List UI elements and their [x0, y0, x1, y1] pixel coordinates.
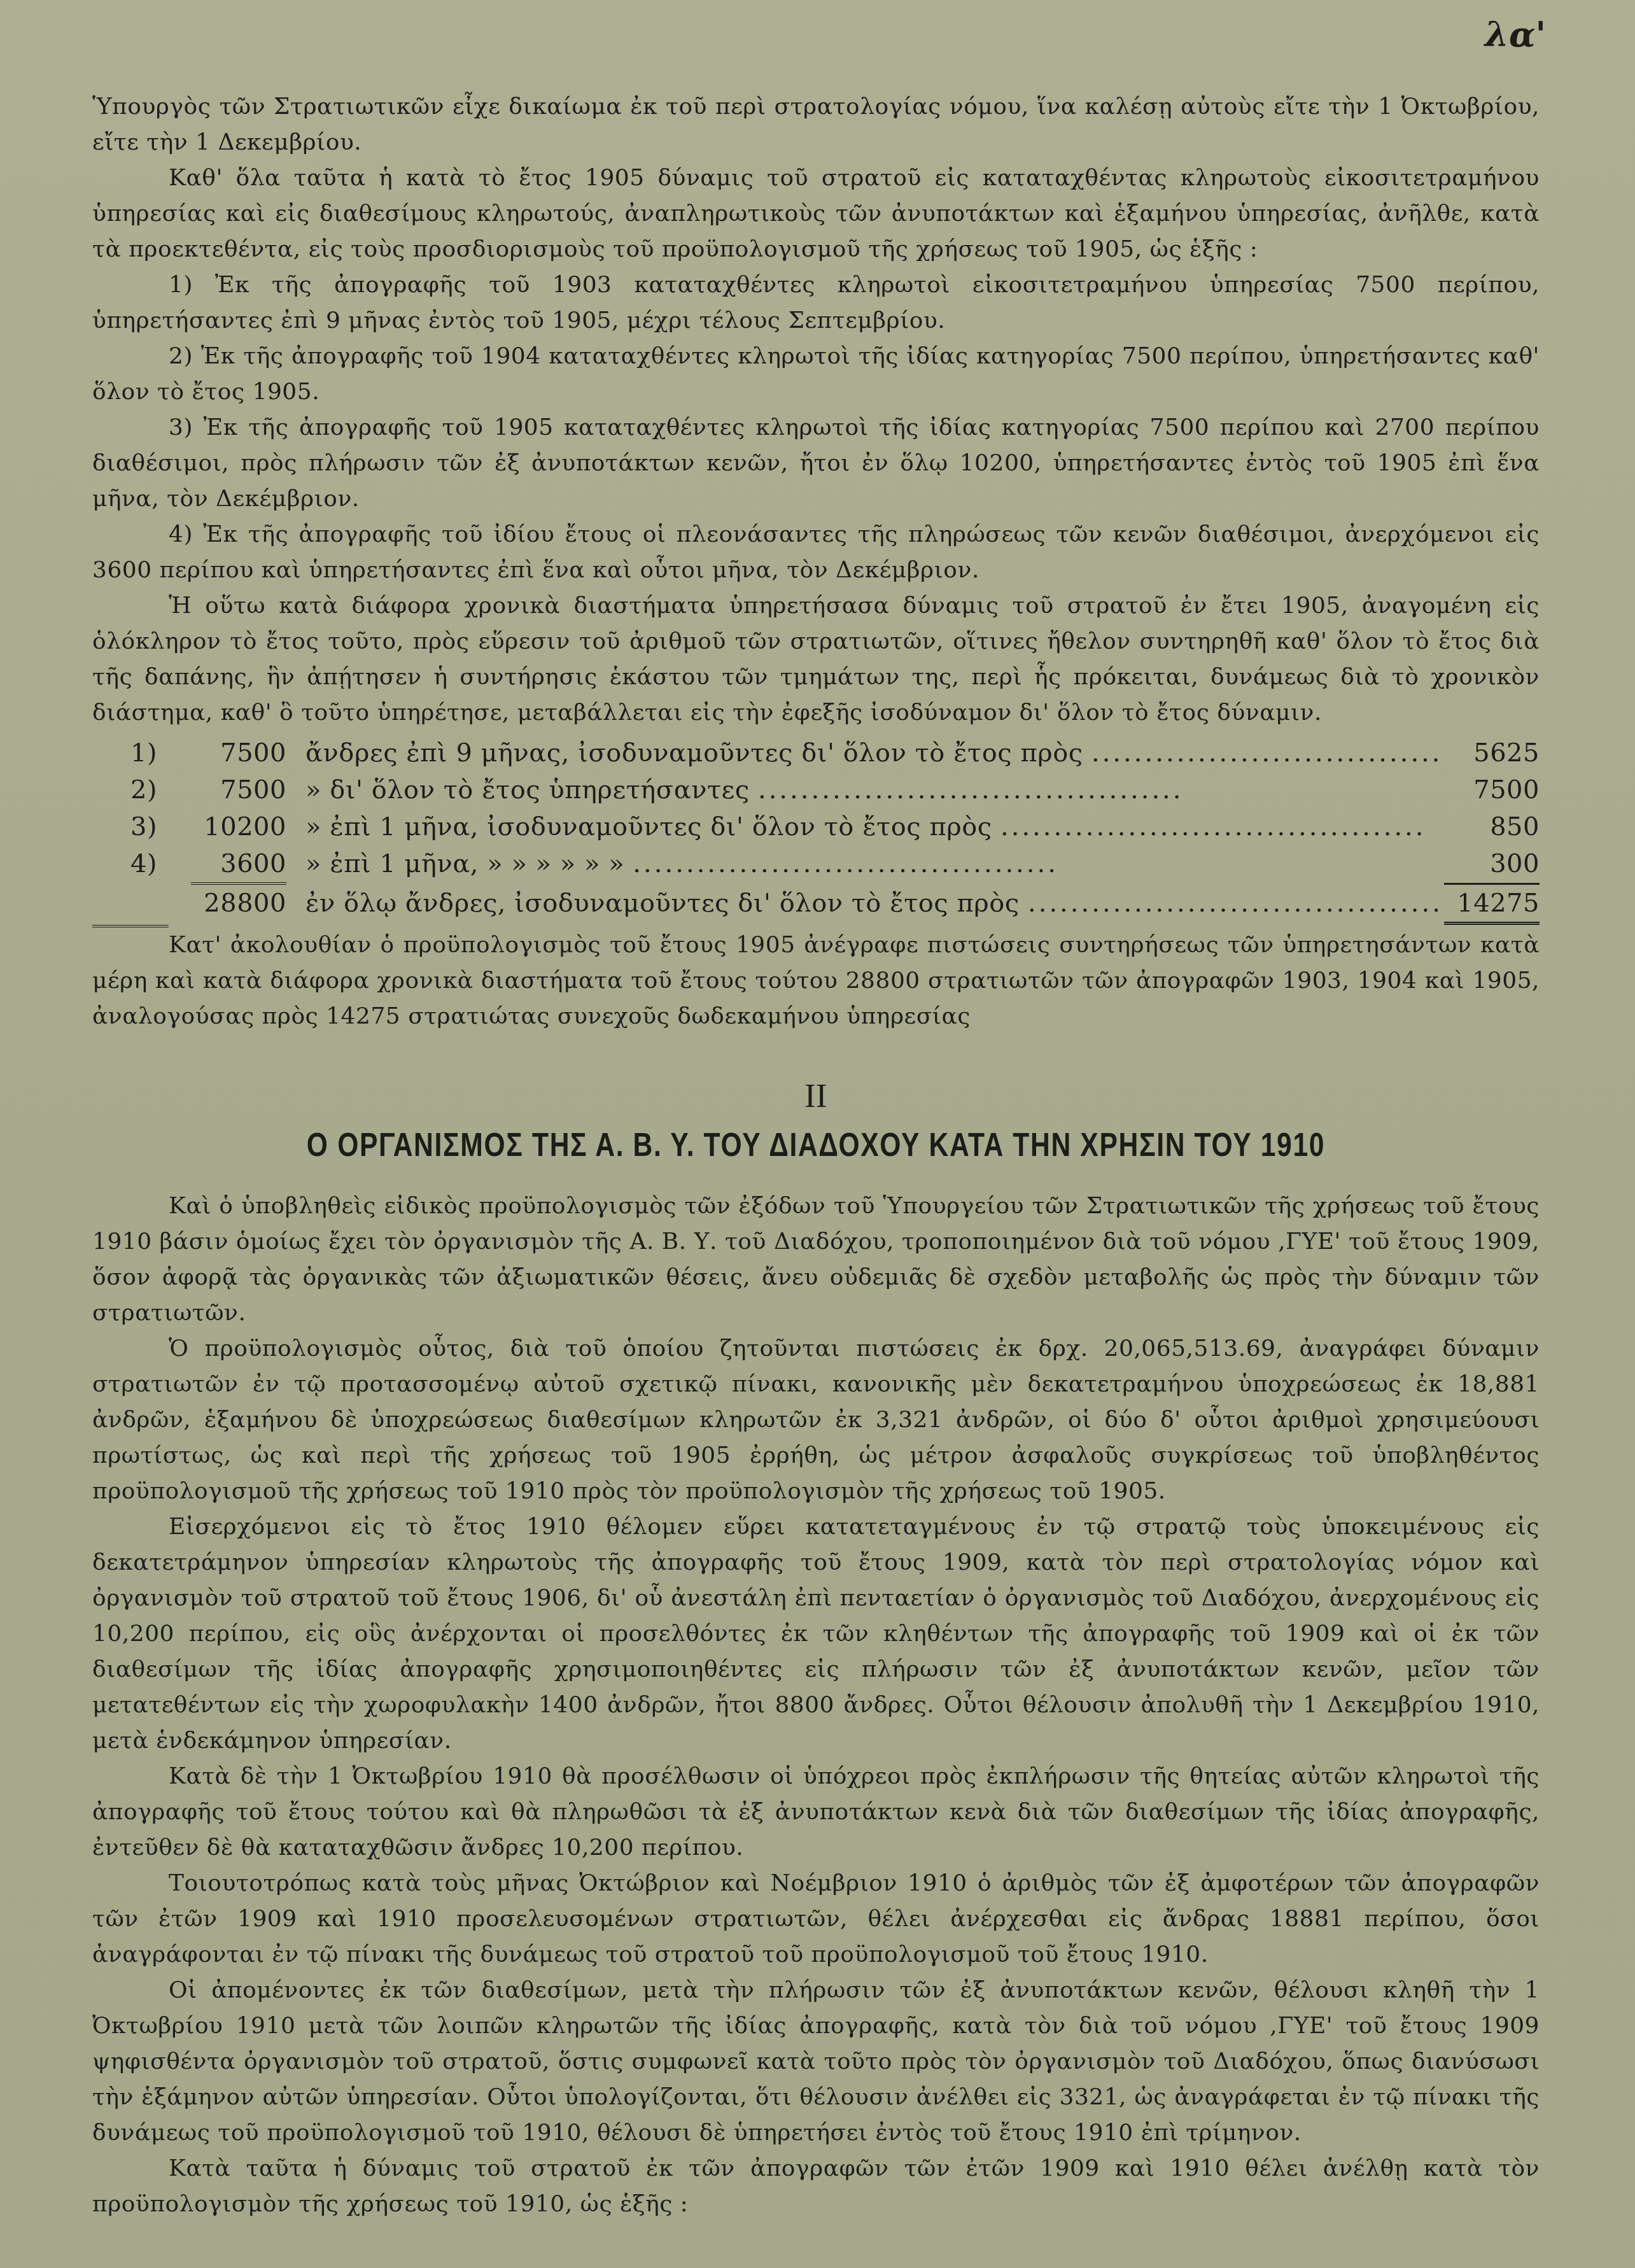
men-count: 3600	[191, 845, 286, 882]
section-title: Ο ΟΡΓΑΝΙΣΜΟΣ ΤΗΣ Α. Β. Υ. ΤΟΥ ΔΙΑΔΟΧΟΥ Κ…	[223, 1127, 1410, 1163]
total-men: 28800	[191, 882, 286, 922]
list-item: 4) Ἐκ τῆς ἀπογραφῆς τοῦ ἰδίου ἔτους οἱ π…	[92, 517, 1540, 588]
section-number: II	[92, 1079, 1540, 1115]
men-count: 7500	[191, 735, 286, 771]
table-row: 1) 7500 ἄνδρες ἐπὶ 9 μῆνας, ἰσοδυναμοῦντ…	[92, 735, 1540, 771]
paragraph: Ὁ προϋπολογισμὸς οὗτος, διὰ τοῦ ὁποίου ζ…	[92, 1331, 1540, 1509]
body-text: Ὑπουργὸς τῶν Στρατιωτικῶν εἶχε δικαίωμα …	[92, 89, 1540, 2222]
row-description: » ἐπὶ 1 μῆνα, » » » » » » ..............…	[286, 845, 1444, 882]
men-count: 10200	[191, 808, 286, 845]
paragraph: Τοιουτοτρόπως κατὰ τοὺς μῆνας Ὀκτώβριον …	[92, 1866, 1540, 1973]
paragraph-equivalence: Ἡ οὕτω κατὰ διάφορα χρονικὰ διαστήματα ὑ…	[92, 588, 1540, 731]
paragraph: Κατὰ δὲ τὴν 1 Ὀκτωβρίου 1910 θὰ προσέλθω…	[92, 1759, 1540, 1866]
paragraph: Εἰσερχόμενοι εἰς τὸ ἔτος 1910 θέλομεν εὕ…	[92, 1509, 1540, 1759]
paragraph-1905-strength: Καθ' ὅλα ταῦτα ἡ κατὰ τὸ ἔτος 1905 δύναμ…	[92, 160, 1540, 267]
row-number: 1)	[92, 735, 191, 771]
page-number: λα'	[1485, 14, 1546, 55]
row-number: 2)	[92, 771, 191, 808]
table-row: 4) 3600 » ἐπὶ 1 μῆνα, » » » » » » ......…	[92, 845, 1540, 882]
list-item: 1) Ἐκ τῆς ἀπογραφῆς τοῦ 1903 καταταχθέντ…	[92, 267, 1540, 339]
paragraph: Κατὰ ταῦτα ἡ δύναμις τοῦ στρατοῦ ἐκ τῶν …	[92, 2151, 1540, 2222]
total-description: ἐν ὅλῳ ἄνδρες, ἰσοδυναμοῦντες δι' ὅλον τ…	[286, 885, 1444, 922]
paragraph-conclusion: Κατ' ἀκολουθίαν ὁ προϋπολογισμὸς τοῦ ἔτο…	[92, 927, 1540, 1034]
row-number: 3)	[92, 808, 191, 845]
list-item: 3) Ἐκ τῆς ἀπογραφῆς τοῦ 1905 καταταχθέντ…	[92, 410, 1540, 517]
document-page: λα' Ὑπουργὸς τῶν Στρατιωτικῶν εἶχε δικαί…	[0, 0, 1635, 2268]
equivalent-value: 7500	[1444, 771, 1540, 808]
row-description: ἄνδρες ἐπὶ 9 μῆνας, ἰσοδυναμοῦντες δι' ὅ…	[286, 735, 1444, 771]
equivalence-table: 1) 7500 ἄνδρες ἐπὶ 9 μῆνας, ἰσοδυναμοῦντ…	[92, 735, 1540, 925]
table-row: 2) 7500 » δι' ὅλον τὸ ἔτος ὑπηρετήσαντες…	[92, 771, 1540, 808]
row-description: » ἐπὶ 1 μῆνα, ἰσοδυναμοῦντες δι' ὅλον τὸ…	[286, 808, 1444, 845]
row-description: » δι' ὅλον τὸ ἔτος ὑπηρετήσαντες .......…	[286, 771, 1444, 808]
table-row: 3) 10200 » ἐπὶ 1 μῆνα, ἰσοδυναμοῦντες δι…	[92, 808, 1540, 845]
table-total-row: 28800 ἐν ὅλῳ ἄνδρες, ἰσοδυναμοῦντες δι' …	[92, 882, 1540, 925]
equivalent-value: 300	[1444, 845, 1540, 882]
paragraph: Οἱ ἀπομένοντες ἐκ τῶν διαθεσίμων, μετὰ τ…	[92, 1973, 1540, 2151]
equivalent-value: 5625	[1444, 735, 1540, 771]
intro-paragraph: Ὑπουργὸς τῶν Στρατιωτικῶν εἶχε δικαίωμα …	[92, 89, 1540, 160]
total-value: 14275	[1444, 883, 1540, 925]
equivalent-value: 850	[1444, 808, 1540, 845]
list-item: 2) Ἐκ τῆς ἀπογραφῆς τοῦ 1904 καταταχθέντ…	[92, 339, 1540, 410]
men-count: 7500	[191, 771, 286, 808]
paragraph: Καὶ ὁ ὑποβληθεὶς εἰδικὸς προϋπολογισμὸς …	[92, 1188, 1540, 1331]
row-number: 4)	[92, 845, 191, 882]
